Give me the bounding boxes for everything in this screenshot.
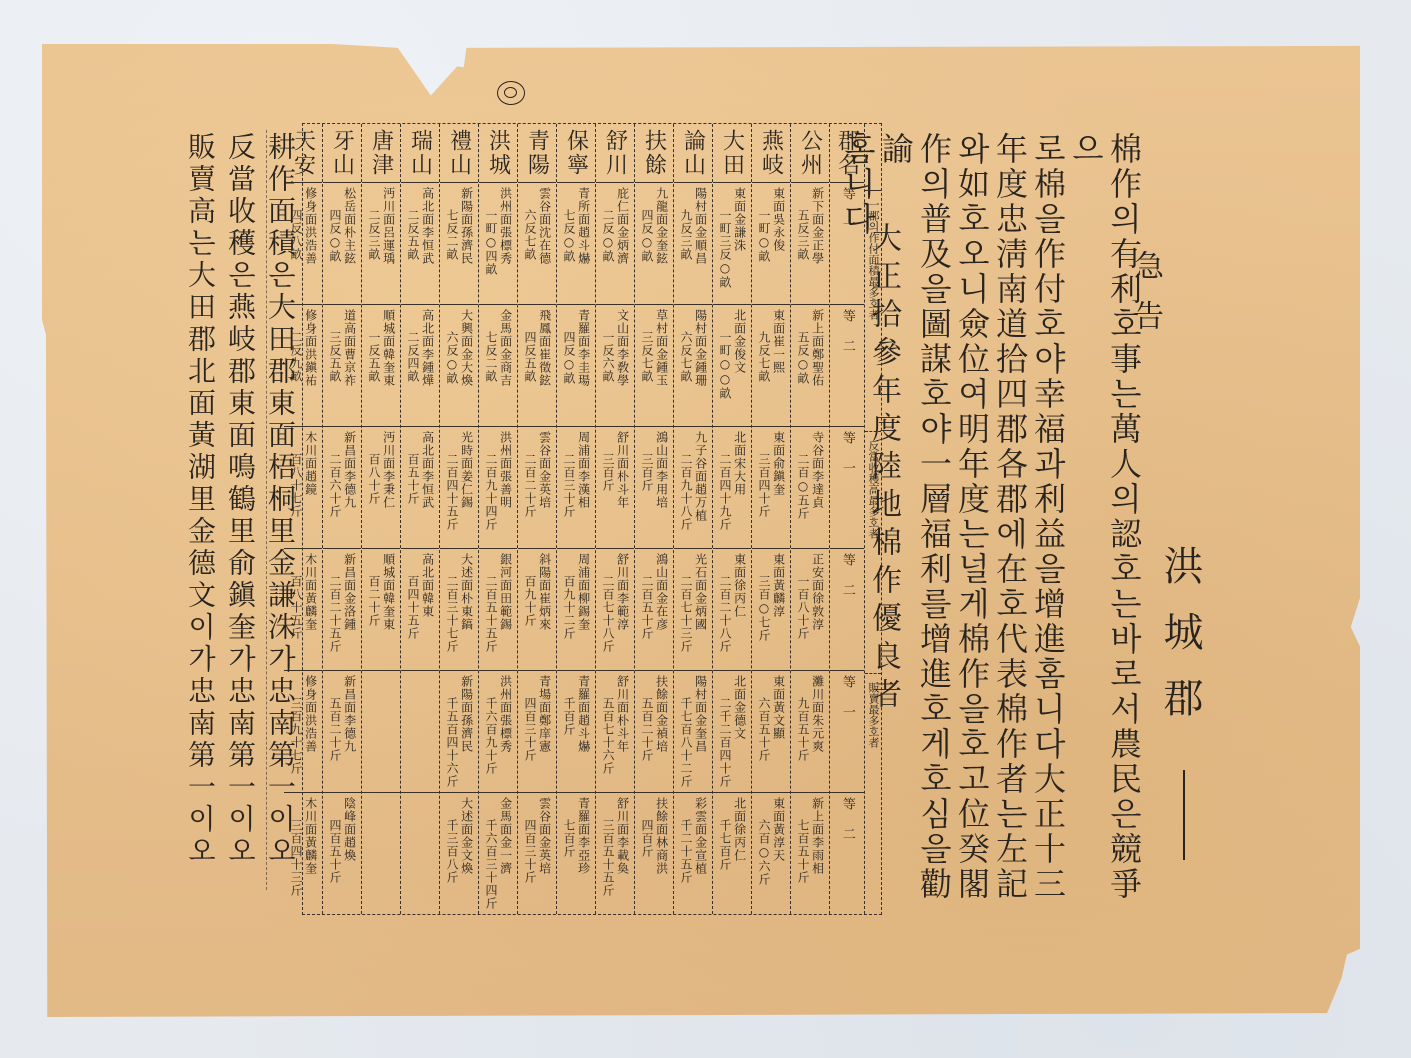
awardee-name: 青羅面趙斗爀: [577, 675, 590, 788]
award-value: 五百七十六斤: [601, 675, 614, 788]
award-cell: 沔川面李秉仁百八十斤: [362, 427, 400, 549]
awardee-name: 東面崔一熙: [772, 309, 785, 422]
award-cell: 大述面金文煥千三百八斤: [440, 793, 478, 914]
rank-label: 等 二: [830, 793, 864, 914]
award-cell: 高北面李恒武二反五畝: [401, 183, 439, 305]
awardee-name: 灘川面朱元爽: [811, 675, 824, 788]
category-header: [865, 124, 881, 191]
awardee-name: 九龍面金奎鉉: [655, 187, 668, 300]
award-value: 千百斤: [562, 675, 575, 788]
award-cell: 銀河面田範錫二百五十五斤: [479, 549, 517, 671]
awardee-name: 鴻山面金在彦: [655, 553, 668, 666]
award-value: 四百三十斤: [523, 675, 536, 788]
award-value: 五反○畝: [796, 309, 809, 422]
award-cell: 大述面朴東鎬二百三十七斤: [440, 549, 478, 671]
award-value: 二百三十七斤: [445, 553, 458, 666]
awardee-name: 修身面洪浩善: [304, 187, 317, 300]
awardee-name: 新昌面李德九: [343, 675, 356, 788]
award-cell: 九子谷面趙万植二百九十八斤: [674, 427, 712, 549]
county-name: 禮山: [440, 124, 478, 183]
award-value: 四反五畝: [523, 309, 536, 422]
award-cell: 道高面曹京祚三反五畝: [323, 305, 361, 427]
award-cell: 舒川面李範淳二百七十八斤: [596, 549, 634, 671]
award-cell: 北面徐丙仁千七百斤: [713, 793, 751, 914]
award-value: 一百八十斤: [796, 553, 809, 666]
county-name-header: 郡名: [830, 124, 864, 183]
awardee-name: 新下面金正學: [811, 187, 824, 300]
award-cell: 雲谷面沈在德六反七畝: [518, 183, 556, 305]
awardee-name: 陽村面金鍾珊: [694, 309, 707, 422]
award-cell: 寺谷面李達貞二百○五斤: [791, 427, 829, 549]
awardee-name: 庇仁面金炳濟: [616, 187, 629, 300]
award-cell: 東面崔一熙九反七畝: [752, 305, 790, 427]
awardee-name: 洪州面張善明: [499, 431, 512, 544]
signature-stroke: [1183, 770, 1185, 860]
award-cell: 東面黃麟淳三百○七斤: [752, 549, 790, 671]
rank-label: 等 二: [830, 305, 864, 427]
award-value: 四百斤: [640, 797, 653, 910]
awardee-name: 文山面李敎學: [616, 309, 629, 422]
awardee-name: 東面黃文顯: [772, 675, 785, 788]
county-column: 瑞山 高北面李恒武二反五畝高北面李鍾燁二反四畝高北面李恒武百五十斤高北面韓東百四…: [400, 124, 439, 914]
award-cell: 草村面金鍾玉三反七畝: [635, 305, 673, 427]
awardee-name: 扶餘面林商洪: [655, 797, 668, 910]
award-cell: 扶餘面金禎培五百二十斤: [635, 671, 673, 793]
awardee-name: 東面金謙洙: [733, 187, 746, 300]
awardee-name: 大述面金文煥: [460, 797, 473, 910]
awardee-name: 木川面黃麟奎: [304, 553, 317, 666]
awardee-name: 寺谷面李達貞: [811, 431, 824, 544]
awardee-name: 新昌面金洛鍾: [343, 553, 356, 666]
awardee-name: 木川面趙鏡: [304, 431, 317, 544]
awardee-name: 大興面金大煥: [460, 309, 473, 422]
awardee-name: 修身面洪鎭祐: [304, 309, 317, 422]
award-cell: 正安面徐敦淳一百八十斤: [791, 549, 829, 671]
award-cell: 斜陽面崔炳來百九十斤: [518, 549, 556, 671]
award-cell: 北面金俊文一町○○畝: [713, 305, 751, 427]
award-value: 二百七十八斤: [601, 553, 614, 666]
awardee-name: 周浦面柳錫奎: [577, 553, 590, 666]
award-value: 千六百九十斤: [484, 675, 497, 788]
award-value: 二百六十斤: [328, 431, 341, 544]
issuer-county: 洪城郡: [1160, 545, 1200, 743]
awardee-name: 北面宋大用: [733, 431, 746, 544]
award-value: 二百二十五斤: [328, 553, 341, 666]
award-value: 四反○畝: [640, 187, 653, 300]
awardee-name: 松岳面朴主鉉: [343, 187, 356, 300]
award-cell: 青所面趙斗爀七反○畝: [557, 183, 595, 305]
award-value: 四百三十斤: [523, 797, 536, 910]
award-value: 六反七畝: [679, 309, 692, 422]
award-value: 七百斤: [562, 797, 575, 910]
awardee-name: 彩雲面金宣植: [694, 797, 707, 910]
awardee-name: 大述面朴東鎬: [460, 553, 473, 666]
summary-line-sales: 販賣高는大田郡北面黃湖里金德文이가忠南第一이오: [180, 132, 220, 892]
award-cell: 新上面鄭聖佑五反○畝: [791, 305, 829, 427]
rank-label: 等 一: [830, 671, 864, 793]
award-cell: 舒川面朴斗年五百七十六斤: [596, 671, 634, 793]
county-name: 論山: [674, 124, 712, 183]
award-value: 六反○畝: [445, 309, 458, 422]
county-column: 牙山 松岳面朴主鉉四反○畝道高面曹京祚三反五畝新昌面李德九二百六十斤新昌面金洛鍾…: [322, 124, 361, 914]
award-cell: 洪州面張善明二百九十四斤: [479, 427, 517, 549]
circle-mark-icon: [497, 81, 525, 105]
awardee-name: 陽村面金順昌: [694, 187, 707, 300]
award-cell: 東面徐丙仁二百二十八斤: [713, 549, 751, 671]
awardee-name: 銀河面田範錫: [499, 553, 512, 666]
rank-label: 等 一: [830, 427, 864, 549]
award-value: 九反七畝: [757, 309, 770, 422]
award-value: 四反○畝: [328, 187, 341, 300]
county-column: 保寧 青所面趙斗爀七反○畝青羅面李圭瑒四反○畝周浦面李漢相二百三十斤周浦面柳錫奎…: [556, 124, 595, 914]
county-name: 大田: [713, 124, 751, 183]
award-value: 二百○五斤: [796, 431, 809, 544]
award-value: 二反四畝: [406, 309, 419, 422]
awardee-name: 舒川面朴斗年: [616, 675, 629, 788]
awardee-name: 順城面韓奎東: [382, 309, 395, 422]
awardee-name: 周浦面李漢相: [577, 431, 590, 544]
award-value: 一反五畝: [367, 309, 380, 422]
county-column: 青陽 雲谷面沈在德六反七畝飛鳳面崔徵鉉四反五畝雲谷面金英培二百二十斤斜陽面崔炳來…: [517, 124, 556, 914]
awardee-name: 雲谷面沈在德: [538, 187, 551, 300]
award-cell: 大興面金大煥六反○畝: [440, 305, 478, 427]
award-value: 三百四十斤: [757, 431, 770, 544]
award-cell: 東面吳永俊一町○畝: [752, 183, 790, 305]
award-value: 二反三畝: [367, 187, 380, 300]
award-cell: 光石面金炳國二百七十三斤: [674, 549, 712, 671]
award-cell: 扶餘面林商洪四百斤: [635, 793, 673, 914]
awardee-name: 陰峰面趙煥: [343, 797, 356, 910]
awardee-name: 草村面金鍾玉: [655, 309, 668, 422]
award-cell: 周浦面柳錫奎百九十二斤: [557, 549, 595, 671]
awardee-name: 金馬面金商吉: [499, 309, 512, 422]
awardee-name: 新陽面孫濟民: [460, 187, 473, 300]
awardee-name: 東面徐丙仁: [733, 553, 746, 666]
award-value: 二百二十斤: [523, 431, 536, 544]
award-cell: 新陽面孫濟民千五百四十六斤: [440, 671, 478, 793]
award-value: 三百斤: [640, 431, 653, 544]
award-cell: 陽村面金奎昌千七百八十二斤: [674, 671, 712, 793]
award-cell: 飛鳳面崔徵鉉四反五畝: [518, 305, 556, 427]
awardee-name: 新上面鄭聖佑: [811, 309, 824, 422]
award-value: 百九十斤: [523, 553, 536, 666]
award-cell: 鴻山面金在彦二百五十斤: [635, 549, 673, 671]
award-cell: 洪州面張標秀一町○四畝: [479, 183, 517, 305]
county-name: 公州: [791, 124, 829, 183]
awardee-name: 陽村面金奎昌: [694, 675, 707, 788]
award-value: 千三百八斤: [445, 797, 458, 910]
award-cell: 沔川面呂運瑀二反三畝: [362, 183, 400, 305]
award-cell: 北面宋大用二百四十九斤: [713, 427, 751, 549]
award-cell: 彩雲面金宣植千二十五斤: [674, 793, 712, 914]
award-value: 六百五十斤: [757, 675, 770, 788]
county-name: 牙山: [323, 124, 361, 183]
award-cell: 新陽面孫濟民七反二畝: [440, 183, 478, 305]
awardee-name: 金馬面金一濟: [499, 797, 512, 910]
award-cell: 陽村面金順昌九反三畝: [674, 183, 712, 305]
award-value: 七反○畝: [562, 187, 575, 300]
award-value: 三百○七斤: [757, 553, 770, 666]
award-value: 七反二畝: [484, 309, 497, 422]
award-cell: 青場面鄭庠憲四百三十斤: [518, 671, 556, 793]
award-value: 千七百斤: [718, 797, 731, 910]
award-value: 四百五十斤: [328, 797, 341, 910]
county-column: 唐津 沔川面呂運瑀二反三畝順城面韓奎東一反五畝沔川面李秉仁百八十斤順城面韓奎東百…: [361, 124, 400, 914]
award-value: 二百五十五斤: [484, 553, 497, 666]
awardee-name: 高北面李恒武: [421, 187, 434, 300]
county-column: 洪城 洪州面張標秀一町○四畝金馬面金商吉七反二畝洪州面張善明二百九十四斤銀河面田…: [478, 124, 517, 914]
award-value: 二百三十斤: [562, 431, 575, 544]
award-cell: 新上面李雨相七百五十斤: [791, 793, 829, 914]
county-name: 燕岐: [752, 124, 790, 183]
county-column: 論山 陽村面金順昌九反三畝陽村面金鍾珊六反七畝九子谷面趙万植二百九十八斤光石面金…: [673, 124, 712, 914]
award-cell: 新昌面李德九五百二十斤: [323, 671, 361, 793]
award-cell: 東面黃文顯六百五十斤: [752, 671, 790, 793]
rank-column: 郡名 等 一 等 二 等 一 等 二 等 一 等 二: [829, 124, 864, 914]
award-cell: 順城面韓奎東一反五畝: [362, 305, 400, 427]
awardee-name: 北面金俊文: [733, 309, 746, 422]
awardee-name: 道高面曹京祚: [343, 309, 356, 422]
awardee-name: 光石面金炳國: [694, 553, 707, 666]
award-value: 百二十斤: [367, 553, 380, 666]
award-value: 五反三畝: [796, 187, 809, 300]
awardee-name: 青所面趙斗爀: [577, 187, 590, 300]
awardee-name: 東面吳永俊: [772, 187, 785, 300]
awardee-name: 洪州面張標秀: [499, 187, 512, 300]
awardee-name: 舒川面李載奐: [616, 797, 629, 910]
category-sales: 販賣最多호者: [865, 674, 881, 914]
awardee-name: 青場面鄭庠憲: [538, 675, 551, 788]
awardee-name: 鴻山面李用培: [655, 431, 668, 544]
award-cell: 舒川面朴斗年三百斤: [596, 427, 634, 549]
county-name: 洪城: [479, 124, 517, 183]
awardee-name: 高北面李鍾燁: [421, 309, 434, 422]
award-cell: 東面金謙洙一町三反○畝: [713, 183, 751, 305]
awardee-name: 新昌面李德九: [343, 431, 356, 544]
award-cell: 東面黃淳天六百○六斤: [752, 793, 790, 914]
awardee-name: 高北面李恒武: [421, 431, 434, 544]
award-value: 五百二十斤: [328, 675, 341, 788]
notice-line: 로棉을作付호야幸福과利益을增進홈니다大正十三: [1029, 132, 1067, 912]
category-yield: 反當收穫高最多호者: [865, 432, 881, 673]
award-value: 一町○○畝: [718, 309, 731, 422]
award-value: 百九十二斤: [562, 553, 575, 666]
awardee-name: 新陽面孫濟民: [460, 675, 473, 788]
notice-line: 와如호오니僉位여明年度는널게棉作을호고位癸閣: [953, 132, 991, 912]
category-column: 一郡의作付面積最多호者 反當收穫高最多호者 販賣最多호者: [864, 124, 881, 914]
county-name: 舒川: [596, 124, 634, 183]
county-name: 保寧: [557, 124, 595, 183]
award-cell: 舒川面李載奐三百五十五斤: [596, 793, 634, 914]
award-cell: 青羅面趙斗爀千百斤: [557, 671, 595, 793]
award-cell: 高北面李鍾燁二反四畝: [401, 305, 439, 427]
award-value: 二百二十八斤: [718, 553, 731, 666]
awardee-name: 舒川面李範淳: [616, 553, 629, 666]
category-area: 一郡의作付面積最多호者: [865, 191, 881, 432]
award-cell: 青羅面李亞珍七百斤: [557, 793, 595, 914]
award-value: 一町三反○畝: [718, 187, 731, 300]
awardee-name: 沔川面李秉仁: [382, 431, 395, 544]
award-cell: 東面俞鎭奎三百四十斤: [752, 427, 790, 549]
award-cell: 順城面韓奎東百二十斤: [362, 549, 400, 671]
award-cell: 周浦面李漢相二百三十斤: [557, 427, 595, 549]
award-cell: 鴻山面李用培三百斤: [635, 427, 673, 549]
award-cell: [401, 793, 439, 914]
summary-line-area: 耕作面積은大田郡東面梧桐里金謙洙가忠南第一이오: [260, 132, 300, 892]
award-value: 二反五畝: [406, 187, 419, 300]
awardee-name: 洪州面張標秀: [499, 675, 512, 788]
award-value: 百八十斤: [367, 431, 380, 544]
award-cell: 文山面李敎學一反六畝: [596, 305, 634, 427]
awardee-name: 北面徐丙仁: [733, 797, 746, 910]
award-value: 五百二十斤: [640, 675, 653, 788]
award-value: 三反七畝: [640, 309, 653, 422]
award-cell: 庇仁面金炳濟二反○畝: [596, 183, 634, 305]
awardee-name: 新上面李雨相: [811, 797, 824, 910]
awardee-name: 高北面韓東: [421, 553, 434, 666]
award-cell: 灘川面朱元爽九百五十斤: [791, 671, 829, 793]
awardee-name: 雲谷面金英培: [538, 431, 551, 544]
award-table: 一郡의作付面積最多호者 反當收穫高最多호者 販賣最多호者 郡名 等 一 等 二 …: [302, 123, 882, 915]
award-cell: 陰峰面趙煥四百五十斤: [323, 793, 361, 914]
award-cell: 雲谷面金英培二百二十斤: [518, 427, 556, 549]
award-cell: 九龍面金奎鉉四反○畝: [635, 183, 673, 305]
notice-body: 棉作의有利호事는萬人의認호는바로서農民은競爭으 로棉을作付호야幸福과利益을增進홈…: [918, 132, 1143, 912]
award-value: 二百五十斤: [640, 553, 653, 666]
notice-line: 棉作의有利호事는萬人의認호는바로서農民은競爭으: [1067, 132, 1143, 912]
award-cell: 松岳面朴主鉉四反○畝: [323, 183, 361, 305]
award-value: 二百九十八斤: [679, 431, 692, 544]
award-value: 千六百三十四斤: [484, 797, 497, 910]
award-value: 千七百八十二斤: [679, 675, 692, 788]
award-value: 三反五畝: [328, 309, 341, 422]
award-cell: 雲谷面金英培四百三十斤: [518, 793, 556, 914]
award-cell: [401, 671, 439, 793]
awardee-name: 舒川面朴斗年: [616, 431, 629, 544]
awardee-name: 東面黃麟淳: [772, 553, 785, 666]
award-value: 一町○畝: [757, 187, 770, 300]
award-value: 四反○畝: [562, 309, 575, 422]
award-value: 二百九十四斤: [484, 431, 497, 544]
awardee-name: 光時面姜仁錫: [460, 431, 473, 544]
award-value: 千二十五斤: [679, 797, 692, 910]
county-name: 唐津: [362, 124, 400, 183]
awardee-name: 順城面韓奎東: [382, 553, 395, 666]
award-value: 百四十五斤: [406, 553, 419, 666]
award-cell: 高北面李恒武百五十斤: [401, 427, 439, 549]
award-value: 七百五十斤: [796, 797, 809, 910]
awardee-name: 斜陽面崔炳來: [538, 553, 551, 666]
awardee-name: 青羅面李圭瑒: [577, 309, 590, 422]
awardee-name: 青羅面李亞珍: [577, 797, 590, 910]
county-column: 舒川 庇仁面金炳濟二反○畝文山面李敎學一反六畝舒川面朴斗年三百斤舒川面李範淳二百…: [595, 124, 634, 914]
award-value: 六反七畝: [523, 187, 536, 300]
notice-line: 年度忠淸南道拾四郡各郡에在호代表棉作者는左記: [991, 132, 1029, 912]
county-column: 扶餘 九龍面金奎鉉四反○畝草村面金鍾玉三反七畝鴻山面李用培三百斤鴻山面金在彦二百…: [634, 124, 673, 914]
award-value: 二百四十五斤: [445, 431, 458, 544]
award-value: 二百七十三斤: [679, 553, 692, 666]
award-cell: 洪州面張標秀千六百九十斤: [479, 671, 517, 793]
county-column: 燕岐 東面吳永俊一町○畝東面崔一熙九反七畝東面俞鎭奎三百四十斤東面黃麟淳三百○七…: [751, 124, 790, 914]
awardee-name: 東面黃淳天: [772, 797, 785, 910]
awardee-name: 正安面徐敦淳: [811, 553, 824, 666]
award-cell: [362, 793, 400, 914]
awardee-name: 沔川面呂運瑀: [382, 187, 395, 300]
county-column: 公州 新下面金正學五反三畝新上面鄭聖佑五反○畝寺谷面李達貞二百○五斤正安面徐敦淳…: [790, 124, 829, 914]
awardee-name: 九子谷面趙万植: [694, 431, 707, 544]
award-cell: 新昌面李德九二百六十斤: [323, 427, 361, 549]
awardee-name: 飛鳳面崔徵鉉: [538, 309, 551, 422]
award-cell: 光時面姜仁錫二百四十五斤: [440, 427, 478, 549]
awardee-name: 雲谷面金英培: [538, 797, 551, 910]
county-column: 大田 東面金謙洙一町三反○畝北面金俊文一町○○畝北面宋大用二百四十九斤東面徐丙仁…: [712, 124, 751, 914]
award-value: 六百○六斤: [757, 797, 770, 910]
award-value: 九百五十斤: [796, 675, 809, 788]
awardee-name: 東面俞鎭奎: [772, 431, 785, 544]
awardee-name: 修身面洪浩善: [304, 675, 317, 788]
awardee-name: 扶餘面金禎培: [655, 675, 668, 788]
award-value: 千五百四十六斤: [445, 675, 458, 788]
county-name: 扶餘: [635, 124, 673, 183]
award-cell: [362, 671, 400, 793]
award-value: 一反六畝: [601, 309, 614, 422]
award-value: 三百五十五斤: [601, 797, 614, 910]
county-column: 禮山 新陽面孫濟民七反二畝大興面金大煥六反○畝光時面姜仁錫二百四十五斤大述面朴東…: [439, 124, 478, 914]
award-cell: 青羅面李圭瑒四反○畝: [557, 305, 595, 427]
awardee-name: 木川面黃麟奎: [304, 797, 317, 910]
award-cell: 金馬面金一濟千六百三十四斤: [479, 793, 517, 914]
award-value: 二千二百四十斤: [718, 675, 731, 788]
award-cell: 新下面金正學五反三畝: [791, 183, 829, 305]
rank-label: 等 二: [830, 549, 864, 671]
awardee-name: 北面金德文: [733, 675, 746, 788]
award-value: 三百斤: [601, 431, 614, 544]
summary-notes: 耕作面積은大田郡東面梧桐里金謙洙가忠南第一이오 反當收穫은燕岐郡東面鳴鶴里俞鎭奎…: [180, 132, 300, 892]
award-value: 二反○畝: [601, 187, 614, 300]
rank-label: 等 一: [830, 183, 864, 305]
county-name: 青陽: [518, 124, 556, 183]
award-cell: 陽村面金鍾珊六反七畝: [674, 305, 712, 427]
award-value: 百五十斤: [406, 431, 419, 544]
county-name: 瑞山: [401, 124, 439, 183]
award-value: 二百四十九斤: [718, 431, 731, 544]
award-cell: 新昌面金洛鍾二百二十五斤: [323, 549, 361, 671]
award-value: 七反二畝: [445, 187, 458, 300]
award-value: 一町○四畝: [484, 187, 497, 300]
award-cell: 北面金德文二千二百四十斤: [713, 671, 751, 793]
award-value: 九反三畝: [679, 187, 692, 300]
summary-line-yield: 反當收穫은燕岐郡東面鳴鶴里俞鎭奎가忠南第一이오: [220, 132, 260, 892]
award-cell: 金馬面金商吉七反二畝: [479, 305, 517, 427]
award-cell: 高北面韓東百四十五斤: [401, 549, 439, 671]
